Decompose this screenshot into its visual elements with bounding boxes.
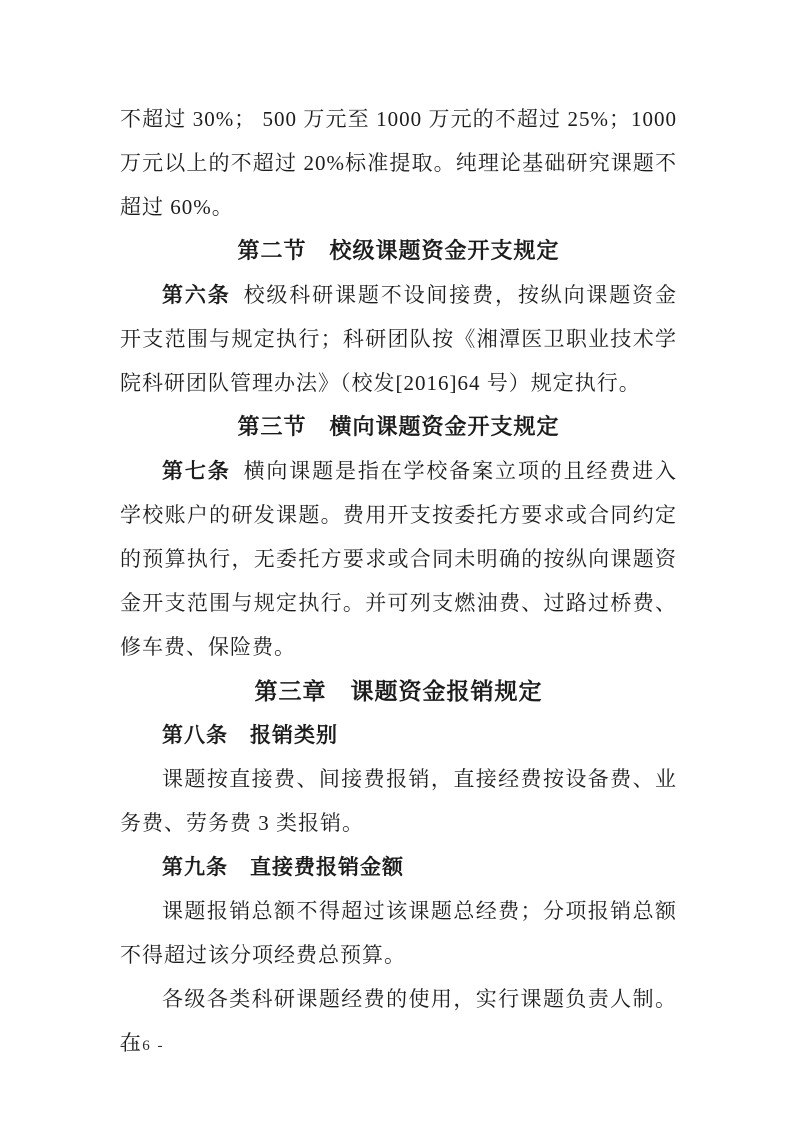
- paragraph: 课题按直接费、间接费报销，直接经费按设备费、业务费、劳务费 3 类报销。: [120, 757, 677, 845]
- page-number: - 16 -: [120, 1038, 165, 1055]
- article-heading: 第八条 报销类别: [120, 713, 677, 757]
- article-heading: 第九条 直接费报销金额: [120, 845, 677, 889]
- paragraph-text: 横向课题是指在学校备案立项的且经费进入学校账户的研发课题。费用开支按委托方要求或…: [120, 459, 677, 659]
- paragraph: 不超过 30%； 500 万元至 1000 万元的不超过 25%；1000 万元…: [120, 97, 677, 229]
- paragraph: 第六条校级科研课题不设间接费，按纵向课题资金开支范围与规定执行；科研团队按《湘潭…: [120, 273, 677, 405]
- article-number: 第七条: [162, 459, 231, 483]
- paragraph: 课题报销总额不得超过该课题总经费；分项报销总额不得超过该分项经费总预算。: [120, 889, 677, 977]
- section-heading: 第三节 横向课题资金开支规定: [120, 405, 677, 449]
- document-page: 不超过 30%； 500 万元至 1000 万元的不超过 25%；1000 万元…: [0, 0, 793, 1122]
- page-content: 不超过 30%； 500 万元至 1000 万元的不超过 25%；1000 万元…: [0, 0, 793, 1065]
- paragraph: 第七条横向课题是指在学校备案立项的且经费进入学校账户的研发课题。费用开支按委托方…: [120, 449, 677, 669]
- section-heading: 第二节 校级课题资金开支规定: [120, 229, 677, 273]
- paragraph: 各级各类科研课题经费的使用，实行课题负责人制。在: [120, 977, 677, 1065]
- article-number: 第六条: [162, 283, 231, 307]
- chapter-heading: 第三章 课题资金报销规定: [120, 669, 677, 713]
